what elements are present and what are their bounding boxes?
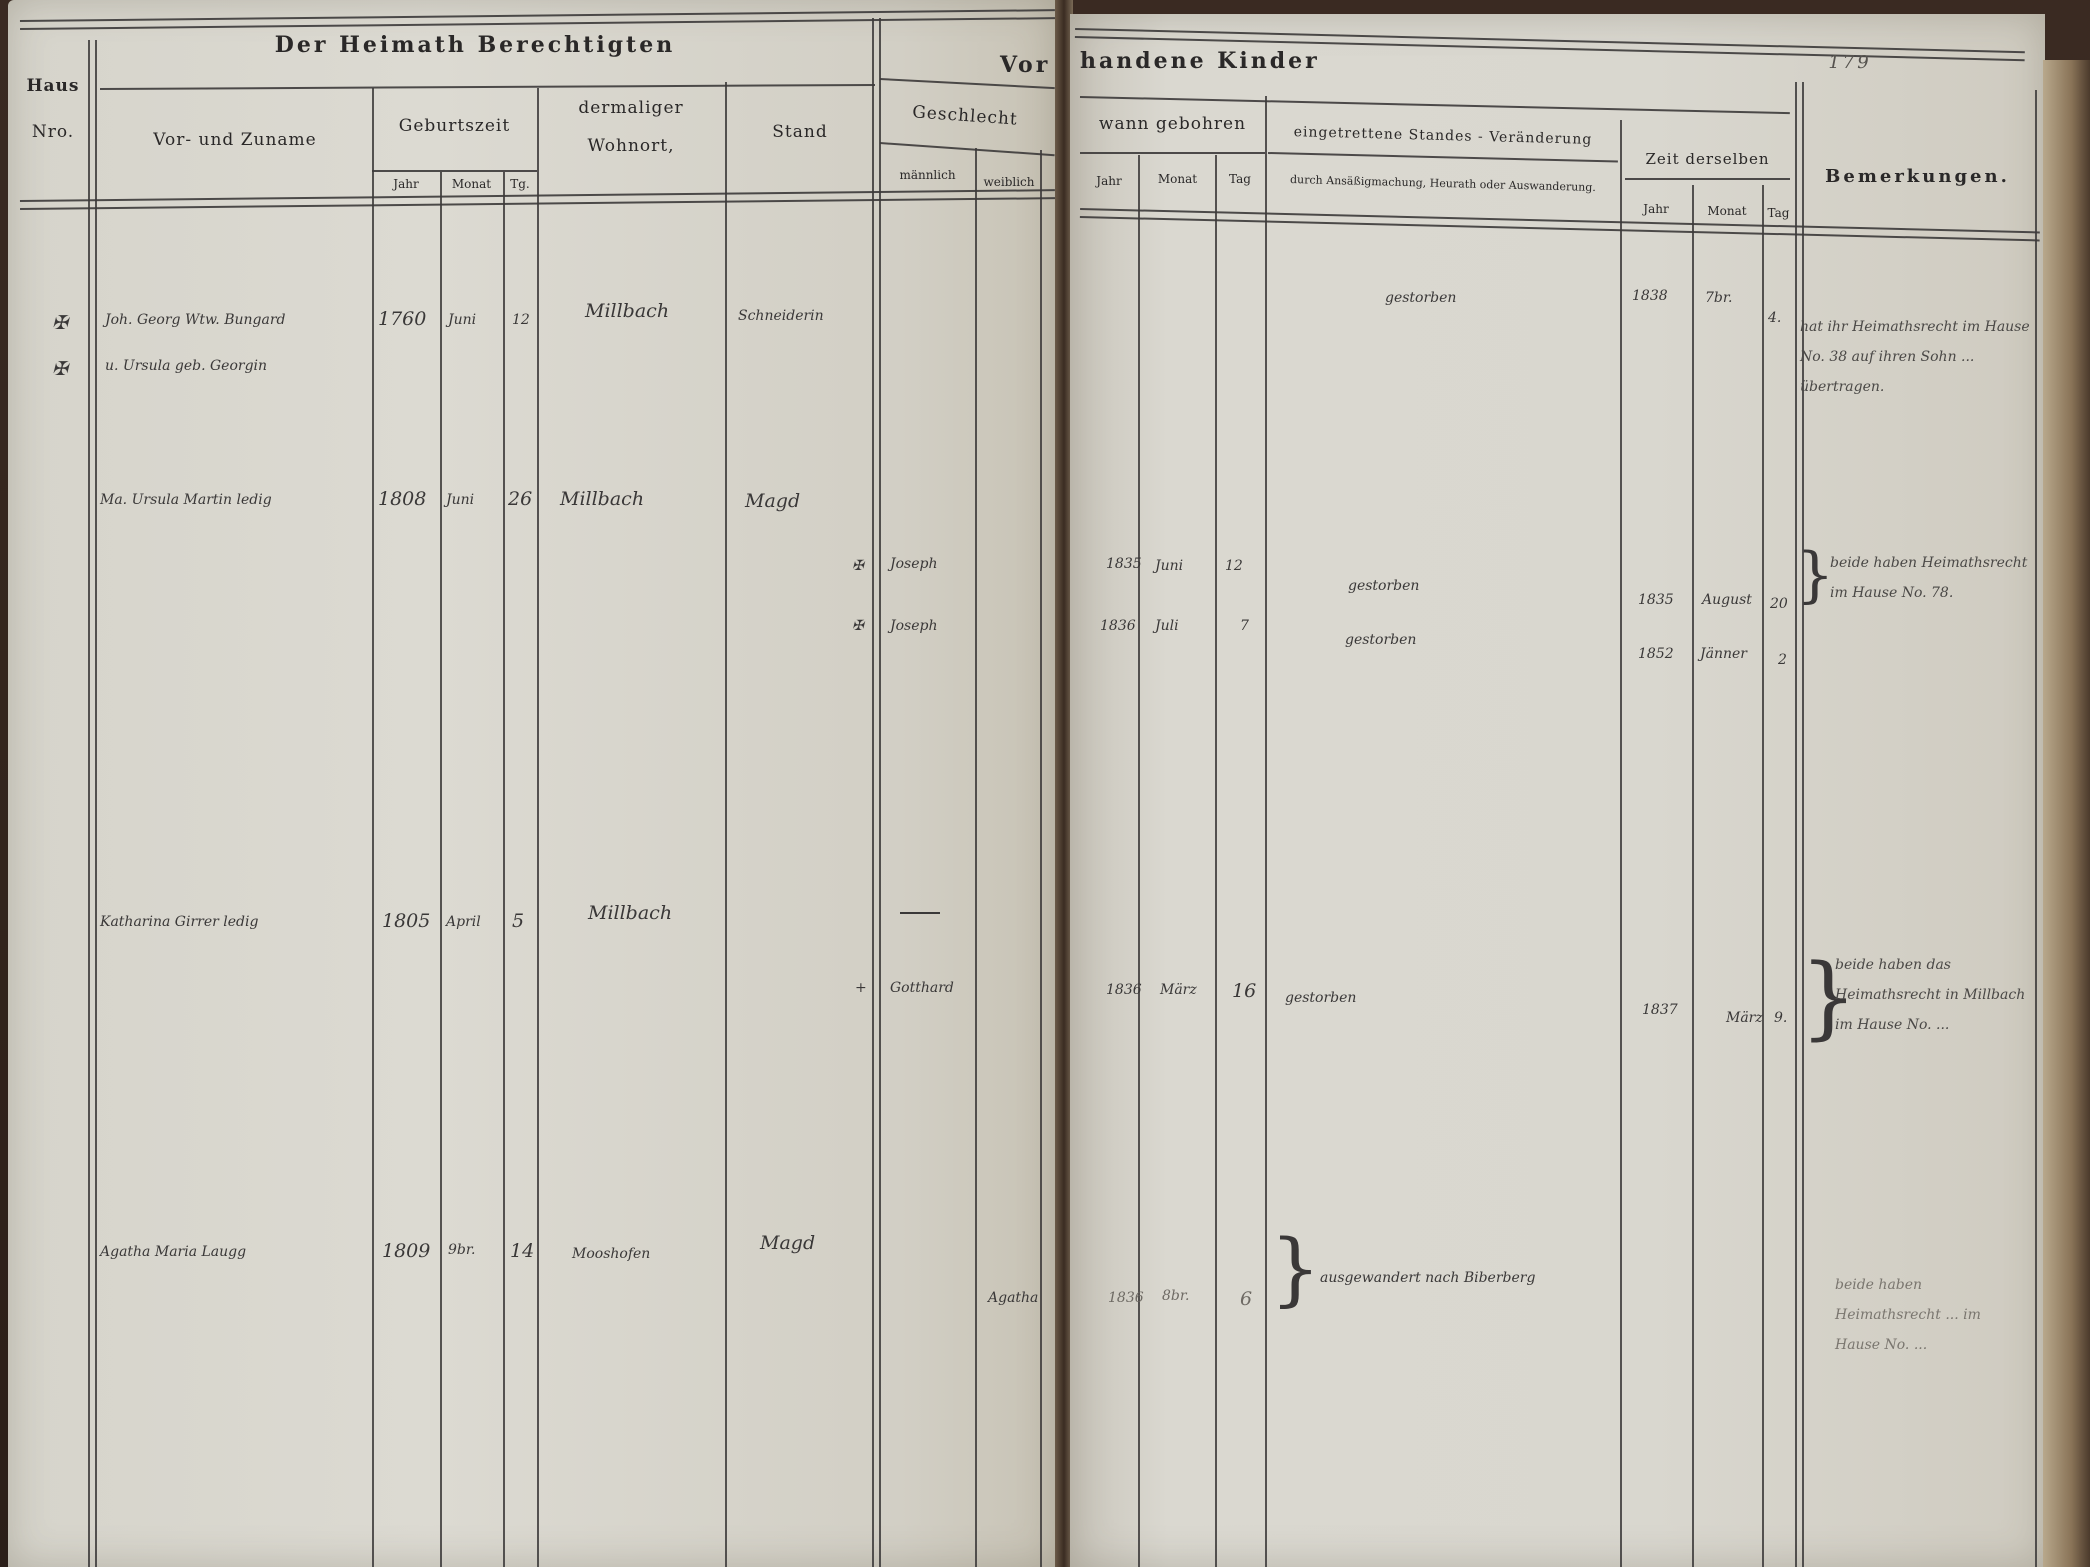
time-day: 20 <box>1770 596 1788 612</box>
header-time-day: Tag <box>1762 206 1795 220</box>
death-mark-icon: ✠ <box>52 358 68 380</box>
remarks: beide haben Heimathsrecht ... im Hause N… <box>1835 1270 2030 1360</box>
brace-icon: } <box>1270 1222 1321 1315</box>
entry-residence: Mooshofen <box>572 1246 650 1262</box>
entry-birth-month: 9br. <box>448 1242 475 1258</box>
section-title-vorhandene-kinder: handene Kinder <box>1080 48 1300 74</box>
born-year: 1835 <box>1106 556 1142 572</box>
header-name: Vor- und Zuname <box>100 130 370 150</box>
header-female: weiblich <box>978 175 1040 189</box>
header-birth-year: Jahr <box>375 177 437 191</box>
entry-birth-year: 1809 <box>382 1240 430 1262</box>
time-month: 7br. <box>1705 290 1732 306</box>
entry-birth-day: 5 <box>512 910 524 932</box>
entry-birth-month: Juni <box>448 312 476 328</box>
born-month: März <box>1160 982 1197 998</box>
born-month: Juli <box>1155 618 1179 634</box>
born-month: Juni <box>1155 558 1183 574</box>
remarks: beide haben das Heimathsrecht in Millbac… <box>1835 950 2030 1040</box>
page-number: 179 <box>1810 52 1890 73</box>
entry-residence: Millbach <box>585 300 669 322</box>
header-born-year: Jahr <box>1080 174 1138 188</box>
time-year: 1835 <box>1638 592 1674 608</box>
time-day: 2 <box>1778 652 1787 668</box>
header-born-day: Tag <box>1215 172 1265 186</box>
death-mark-icon: ✠ <box>52 312 68 334</box>
entry-status: Magd <box>745 490 800 512</box>
time-day: 9. <box>1774 1010 1787 1026</box>
remarks: hat ihr Heimathsrecht im Hause No. 38 au… <box>1800 312 2030 402</box>
entry-birth-day: 12 <box>512 312 530 328</box>
child-male-name: Gotthard <box>890 980 954 996</box>
entry-name: Ma. Ursula Martin ledig <box>100 492 272 508</box>
child-male-name: Joseph <box>890 556 938 572</box>
born-year: 1836 <box>1106 982 1142 998</box>
status-change: gestorben <box>1345 632 1416 648</box>
born-day: 16 <box>1232 980 1256 1002</box>
born-month: 8br. <box>1162 1288 1189 1304</box>
header-remarks: Bemerkungen. <box>1800 166 2035 187</box>
time-day: 4. <box>1768 310 1781 326</box>
status-change: gestorben <box>1285 990 1356 1006</box>
time-year: 1852 <box>1638 646 1674 662</box>
born-year: 1836 <box>1108 1290 1144 1306</box>
child-female-name: Agatha <box>988 1290 1038 1306</box>
time-month: März <box>1726 1010 1763 1026</box>
entry-birth-month: April <box>446 914 481 930</box>
brace-icon: } <box>1796 540 1834 610</box>
born-day: 12 <box>1225 558 1243 574</box>
entry-residence: Millbach <box>560 488 644 510</box>
time-year: 1837 <box>1642 1002 1678 1018</box>
child-male-name: Joseph <box>890 618 938 634</box>
remarks: beide haben Heimathsrecht im Hause No. 7… <box>1830 548 2030 608</box>
time-year: 1838 <box>1632 288 1668 304</box>
header-time-month: Monat <box>1692 204 1762 218</box>
header-birth-month: Monat <box>440 177 503 191</box>
entry-name: Joh. Georg Wtw. Bungard <box>105 312 285 328</box>
entry-birth-month: Juni <box>446 492 474 508</box>
status-change: gestorben <box>1385 290 1456 306</box>
section-title-heimath-berechtigten: Der Heimath Berechtigten <box>250 32 700 58</box>
born-year: 1836 <box>1100 618 1136 634</box>
child-struck-entry <box>900 900 940 914</box>
header-time-year: Jahr <box>1620 202 1692 216</box>
header-haus: Haus <box>18 76 88 96</box>
left-page <box>8 0 1058 1567</box>
header-residence-line1: dermaliger <box>537 98 725 118</box>
entry-birth-year: 1808 <box>378 488 426 510</box>
entry-status: Schneiderin <box>738 308 824 324</box>
status-change: gestorben <box>1348 578 1419 594</box>
death-mark-icon: ✠ <box>852 558 864 574</box>
page-edges <box>2043 60 2090 1567</box>
death-mark-icon: ✠ <box>852 618 864 634</box>
entry-name: Agatha Maria Laugg <box>100 1244 246 1260</box>
header-status: Stand <box>725 122 875 142</box>
entry-status: Magd <box>760 1232 815 1254</box>
death-mark-icon: + <box>855 980 867 996</box>
time-month: Jänner <box>1700 646 1747 662</box>
born-day: 7 <box>1240 618 1249 634</box>
header-birth-day: Tg. <box>503 177 537 191</box>
header-born-month: Monat <box>1140 172 1215 186</box>
entry-birth-year: 1760 <box>378 308 426 330</box>
born-day: 6 <box>1240 1288 1252 1310</box>
header-born: wann gebohren <box>1080 114 1265 134</box>
time-month: August <box>1702 592 1752 608</box>
header-male: männlich <box>880 168 975 182</box>
entry-birth-year: 1805 <box>382 910 430 932</box>
header-time: Zeit derselben <box>1620 150 1795 168</box>
entry-residence: Millbach <box>588 902 672 924</box>
entry-birth-day: 26 <box>508 488 532 510</box>
header-residence-line2: Wohnort, <box>537 136 725 156</box>
entry-name: Katharina Girrer ledig <box>100 914 258 930</box>
entry-name-line2: u. Ursula geb. Georgin <box>105 358 267 374</box>
entry-birth-day: 14 <box>510 1240 534 1262</box>
section-title-vorhandene-part: Vor <box>1000 52 1050 78</box>
header-nro: Nro. <box>18 122 88 142</box>
header-birth: Geburtszeit <box>372 116 537 136</box>
status-change: ausgewandert nach Biberberg <box>1320 1270 1535 1286</box>
